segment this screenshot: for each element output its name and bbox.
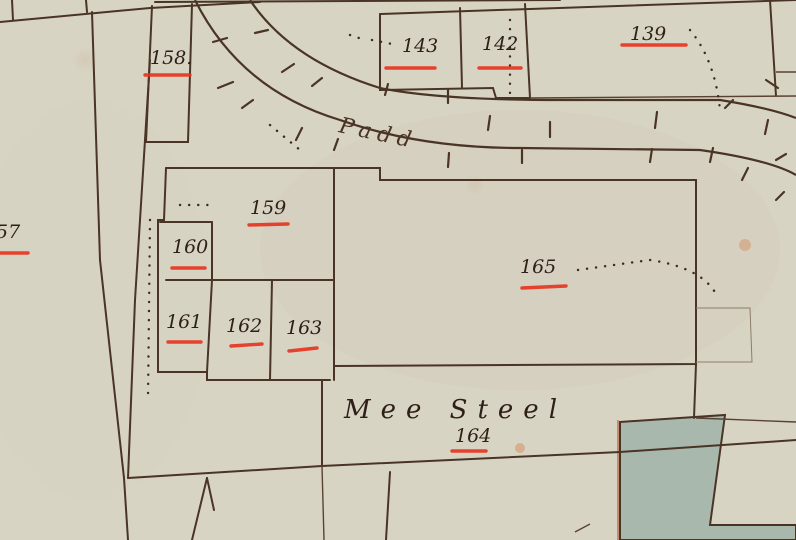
svg-text:142: 142 bbox=[482, 33, 518, 55]
map-canvas: Padd bbox=[0, 0, 796, 540]
street-label: Mee Steel bbox=[343, 395, 567, 425]
svg-text:162: 162 bbox=[226, 315, 262, 337]
svg-text:139: 139 bbox=[630, 23, 666, 45]
svg-text:163: 163 bbox=[286, 317, 322, 339]
svg-text:160: 160 bbox=[172, 236, 208, 258]
svg-text:164: 164 bbox=[455, 425, 491, 447]
svg-text:161: 161 bbox=[166, 311, 202, 333]
svg-text:57: 57 bbox=[0, 221, 21, 243]
svg-text:143: 143 bbox=[402, 35, 438, 57]
svg-text:165: 165 bbox=[520, 256, 556, 278]
svg-text:159: 159 bbox=[250, 197, 286, 219]
svg-text:158.: 158. bbox=[150, 47, 192, 69]
cadastral-map: Padd bbox=[0, 0, 796, 540]
